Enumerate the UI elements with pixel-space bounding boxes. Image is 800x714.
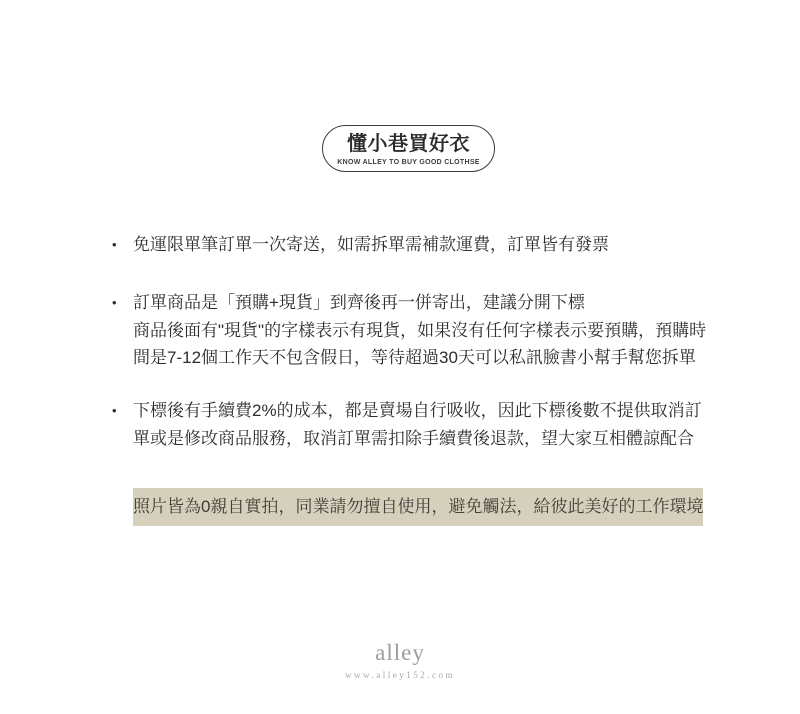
notice-text: 照片皆為0親自實拍，同業請勿擅自使用，避免觸法，給彼此美好的工作環境 [133, 488, 703, 526]
policy-item-text: 訂單商品是「預購+現貨」到齊後再一併寄出，建議分開下標 商品後面有"現貨"的字樣… [133, 289, 718, 372]
policy-item-shipping: • 免運限單筆訂單一次寄送，如需拆單需補款運費，訂單皆有發票 [112, 231, 718, 259]
policy-line: 下標後有手續費2%的成本，都是賣場自行吸收，因此下標後數不提供取消訂 [133, 397, 718, 425]
footer-website: www.alley152.com [0, 669, 800, 681]
policy-line: 訂單商品是「預購+現貨」到齊後再一併寄出，建議分開下標 [133, 289, 718, 317]
footer-logo: alley [0, 640, 800, 666]
brand-badge: 懂小巷買好衣 KNOW ALLEY TO BUY GOOD CLOTHSE [322, 125, 495, 172]
photo-copyright-notice: 照片皆為0親自實拍，同業請勿擅自使用，避免觸法，給彼此美好的工作環境 [133, 488, 703, 526]
policy-item-text: 免運限單筆訂單一次寄送，如需拆單需補款運費，訂單皆有發票 [133, 231, 718, 259]
bullet-icon: • [112, 289, 133, 317]
policy-line: 間是7-12個工作天不包含假日，等待超過30天可以私訊臉書小幫手幫您拆單 [133, 344, 718, 372]
policy-item-text: 下標後有手續費2%的成本，都是賣場自行吸收，因此下標後數不提供取消訂 單或是修改… [133, 397, 718, 452]
policy-item-preorder: • 訂單商品是「預購+現貨」到齊後再一併寄出，建議分開下標 商品後面有"現貨"的… [112, 289, 718, 372]
brand-subtitle: KNOW ALLEY TO BUY GOOD CLOTHSE [323, 158, 494, 167]
policy-line: 商品後面有"現貨"的字樣表示有現貨，如果沒有任何字樣表示要預購，預購時 [133, 317, 718, 345]
policy-line: 單或是修改商品服務，取消訂單需扣除手續費後退款，望大家互相體諒配合 [133, 425, 718, 453]
bullet-icon: • [112, 397, 133, 425]
policy-page: 懂小巷買好衣 KNOW ALLEY TO BUY GOOD CLOTHSE • … [0, 0, 800, 714]
footer: alley www.alley152.com [0, 640, 800, 681]
bullet-icon: • [112, 231, 133, 259]
brand-title: 懂小巷買好衣 [323, 133, 494, 156]
policy-line: 免運限單筆訂單一次寄送，如需拆單需補款運費，訂單皆有發票 [133, 231, 718, 259]
policy-item-cancellation: • 下標後有手續費2%的成本，都是賣場自行吸收，因此下標後數不提供取消訂 單或是… [112, 397, 718, 452]
